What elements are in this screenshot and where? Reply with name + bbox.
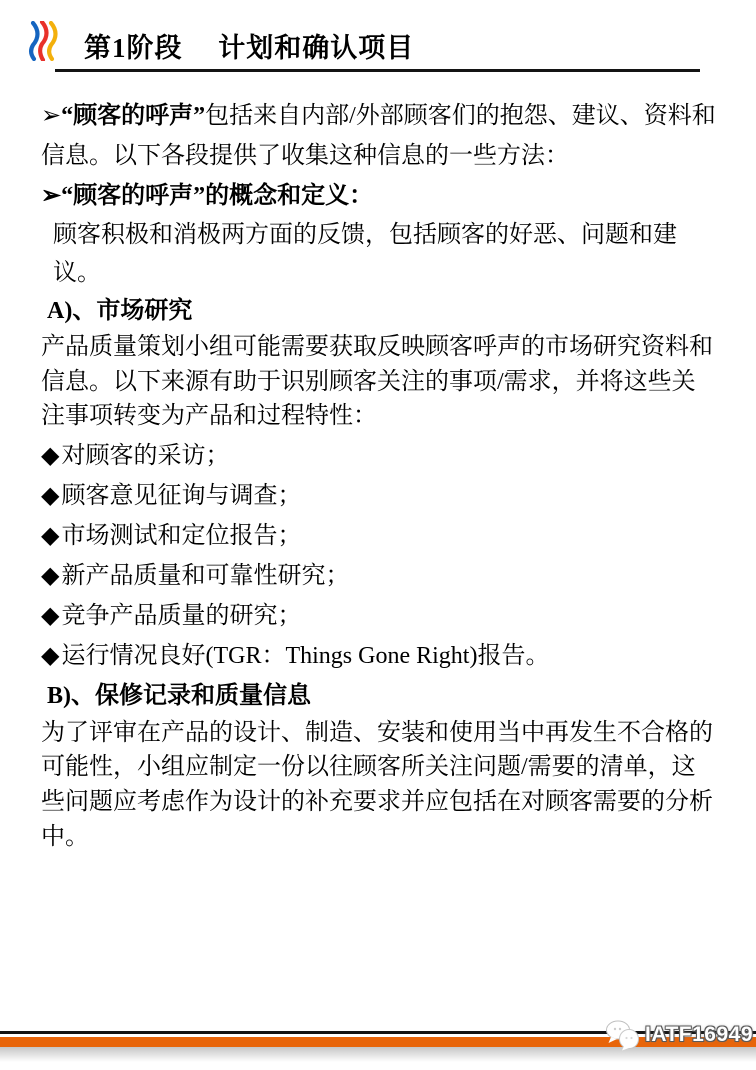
- diamond-bullet-icon: ◆: [41, 643, 59, 669]
- voc-definition-body: 顾客积极和消极两方面的反馈，包括顾客的好恶、问题和建议。: [41, 216, 719, 292]
- page-title: 第1阶段 计划和确认项目: [84, 26, 414, 65]
- list-item: ◆对顾客的采访；: [41, 436, 719, 476]
- voc-sources-list: ◆对顾客的采访； ◆顾客意见征询与调查； ◆市场测试和定位报告； ◆新产品质量和…: [41, 436, 719, 676]
- list-item-text: 新产品质量和可靠性研究；: [61, 563, 349, 589]
- list-item: ◆市场测试和定位报告；: [41, 516, 719, 556]
- list-item: ◆顾客意见征询与调查；: [41, 476, 719, 516]
- diamond-bullet-icon: ◆: [41, 523, 59, 549]
- voc-intro-paragraph: ➢“顾客的呼声”包括来自内部/外部顾客们的抱怨、建议、资料和信息。以下各段提供了…: [41, 96, 719, 176]
- list-item-text: 对顾客的采访；: [61, 443, 229, 469]
- slide-body: ➢“顾客的呼声”包括来自内部/外部顾客们的抱怨、建议、资料和信息。以下各段提供了…: [41, 96, 719, 854]
- chevron-red: [40, 22, 46, 60]
- arrow-bullet-icon: ➢: [41, 183, 61, 209]
- watermark-text: IATF16949: [645, 1023, 753, 1047]
- section-b-paragraph: 为了评审在产品的设计、制造、安装和使用当中再发生不合格的可能性，小组应制定一份以…: [41, 716, 719, 855]
- chevron-blue: [31, 23, 37, 59]
- list-item-text: 市场测试和定位报告；: [61, 523, 301, 549]
- three-chevrons-logo-icon: [28, 21, 60, 61]
- list-item-text: 竞争产品质量的研究；: [61, 603, 301, 629]
- list-item: ◆竞争产品质量的研究；: [41, 596, 719, 636]
- list-item-text: 运行情况良好(TGR：Things Gone Right)报告。: [61, 643, 549, 669]
- voc-intro-bold: “顾客的呼声”: [61, 103, 205, 129]
- watermark: IATF16949: [605, 1019, 753, 1051]
- list-item-text: 顾客意见征询与调查；: [61, 483, 301, 509]
- list-item: ◆运行情况良好(TGR：Things Gone Right)报告。: [41, 636, 719, 676]
- chat-bubbles-icon: [605, 1019, 643, 1051]
- title-underline: [55, 69, 700, 72]
- diamond-bullet-icon: ◆: [41, 603, 59, 629]
- section-b-heading: B)、保修记录和质量信息: [41, 676, 719, 716]
- section-a-paragraph: 产品质量策划小组可能需要获取反映顾客呼声的市场研究资料和信息。以下来源有助于识别…: [41, 330, 719, 434]
- list-item: ◆新产品质量和可靠性研究；: [41, 556, 719, 596]
- voc-definition-heading-text: “顾客的呼声”的概念和定义：: [61, 183, 373, 209]
- diamond-bullet-icon: ◆: [41, 483, 59, 509]
- diamond-bullet-icon: ◆: [41, 563, 59, 589]
- chevron-yellow: [49, 23, 55, 59]
- section-a-heading: A)、市场研究: [41, 292, 719, 330]
- slide-page: 第1阶段 计划和确认项目 ➢“顾客的呼声”包括来自内部/外部顾客们的抱怨、建议、…: [0, 0, 756, 1070]
- diamond-bullet-icon: ◆: [41, 443, 59, 469]
- arrow-bullet-icon: ➢: [41, 103, 61, 129]
- voc-definition-heading: ➢“顾客的呼声”的概念和定义：: [41, 176, 719, 216]
